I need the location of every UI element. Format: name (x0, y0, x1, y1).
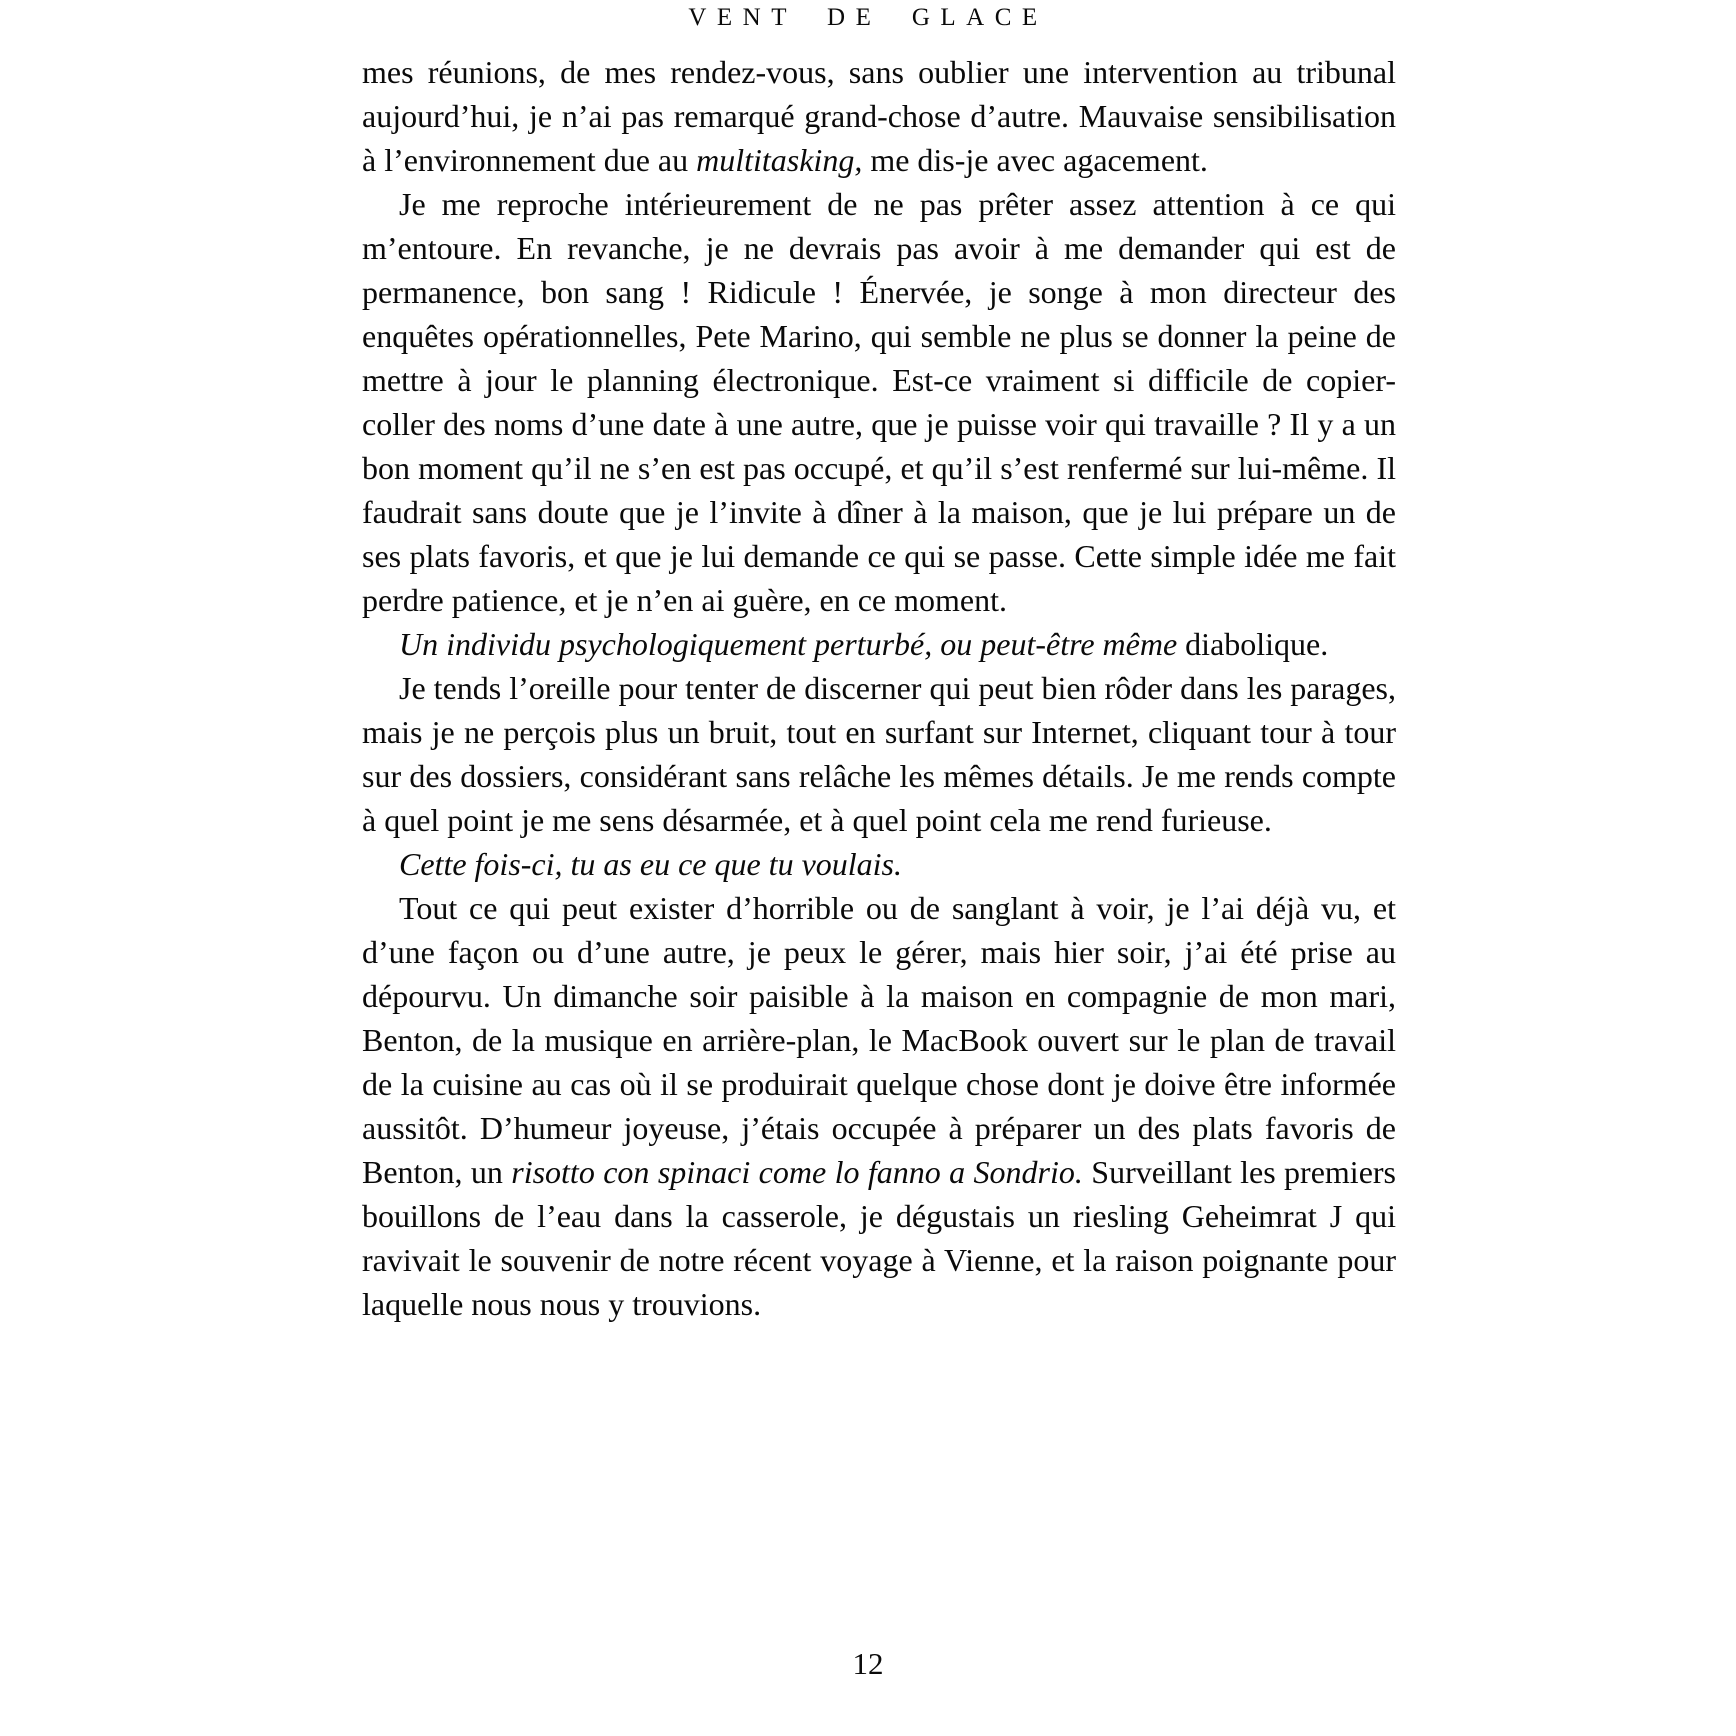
running-head: VENT DE GLACE (0, 4, 1736, 32)
paragraph: Tout ce qui peut exister d’horrible ou d… (362, 886, 1396, 1326)
text-run: Je tends l’oreille pour tenter de discer… (362, 670, 1396, 838)
text-run: Je me reproche intérieurement de ne pas … (362, 186, 1396, 618)
paragraph: mes réunions, de mes rendez-vous, sans o… (362, 50, 1396, 182)
paragraph: Un individu psychologiquement perturbé, … (362, 622, 1396, 666)
book-page: VENT DE GLACE mes réunions, de mes rende… (0, 0, 1736, 1736)
italic-text-run: Un individu psychologiquement perturbé, … (399, 626, 1177, 662)
text-run: diabolique. (1177, 626, 1328, 662)
page-number: 12 (0, 1646, 1736, 1682)
italic-text-run: multitasking, (696, 142, 862, 178)
paragraph: Cette fois-ci, tu as eu ce que tu voulai… (362, 842, 1396, 886)
paragraph: Je tends l’oreille pour tenter de discer… (362, 666, 1396, 842)
text-run: Tout ce qui peut exister d’horrible ou d… (362, 890, 1396, 1190)
body-text: mes réunions, de mes rendez-vous, sans o… (362, 50, 1396, 1326)
italic-text-run: Cette fois-ci, tu as eu ce que tu voulai… (399, 846, 902, 882)
text-run: me dis-je avec agacement. (862, 142, 1208, 178)
italic-text-run: risotto con spinaci come lo fanno a Sond… (511, 1154, 1083, 1190)
paragraph: Je me reproche intérieurement de ne pas … (362, 182, 1396, 622)
